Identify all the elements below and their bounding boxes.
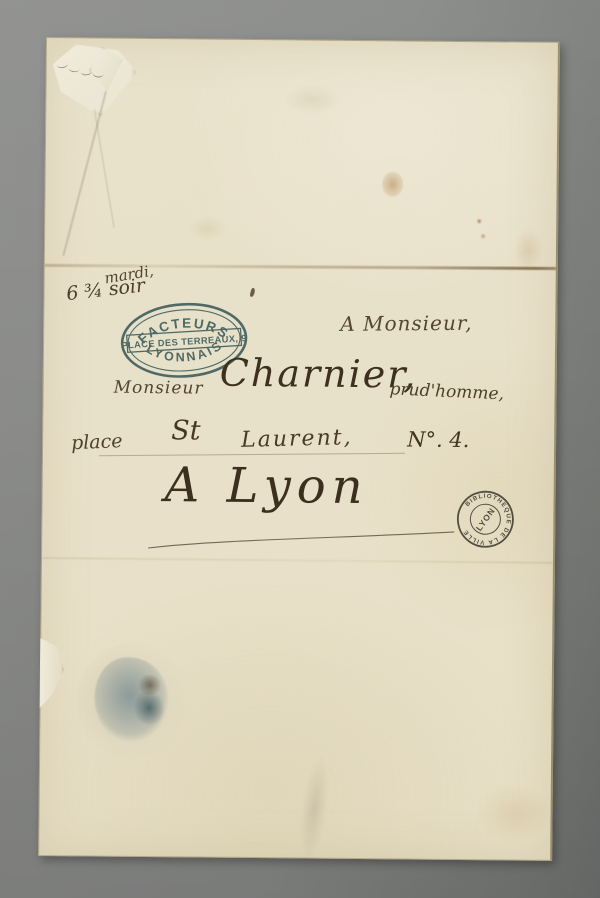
address-street-abbrev: St xyxy=(171,417,201,444)
address-street-word: place xyxy=(71,432,123,453)
crease-line xyxy=(94,109,115,228)
foxing-spot xyxy=(187,215,227,241)
stray-ink-mark xyxy=(249,288,255,298)
photograph-background: mardi, 6 ¾ soir FACTEURS PLACE DES TERRE… xyxy=(0,0,600,898)
bottom-smudge xyxy=(282,750,342,894)
bottom-right-stain xyxy=(475,784,556,843)
pen-connecting-stroke xyxy=(99,453,405,456)
address-city: A Lyon xyxy=(164,461,368,511)
handwritten-time-note: 6 ¾ soir xyxy=(65,276,146,304)
torn-corner-patch xyxy=(52,44,137,117)
address-recipient-prefix: Monsieur xyxy=(114,380,204,398)
faint-fold-line xyxy=(42,557,553,564)
library-stamp-center-text: LYON xyxy=(474,506,497,533)
left-edge-tear xyxy=(40,638,65,708)
address-recipient-title: prud'homme, xyxy=(389,381,504,403)
address-street-name: Laurent, xyxy=(241,427,353,452)
address-street-number: N°. 4. xyxy=(407,429,469,451)
address-recipient-name: Charnier, xyxy=(220,354,418,394)
small-brown-stain xyxy=(381,171,403,197)
ink-specks xyxy=(475,216,489,242)
address-salutation: A Monsieur, xyxy=(340,313,472,334)
city-underline-flourish xyxy=(146,525,458,556)
crease-line xyxy=(62,91,106,256)
foxing-spot xyxy=(282,84,342,115)
letter-paper: mardi, 6 ¾ soir FACTEURS PLACE DES TERRE… xyxy=(38,37,560,861)
